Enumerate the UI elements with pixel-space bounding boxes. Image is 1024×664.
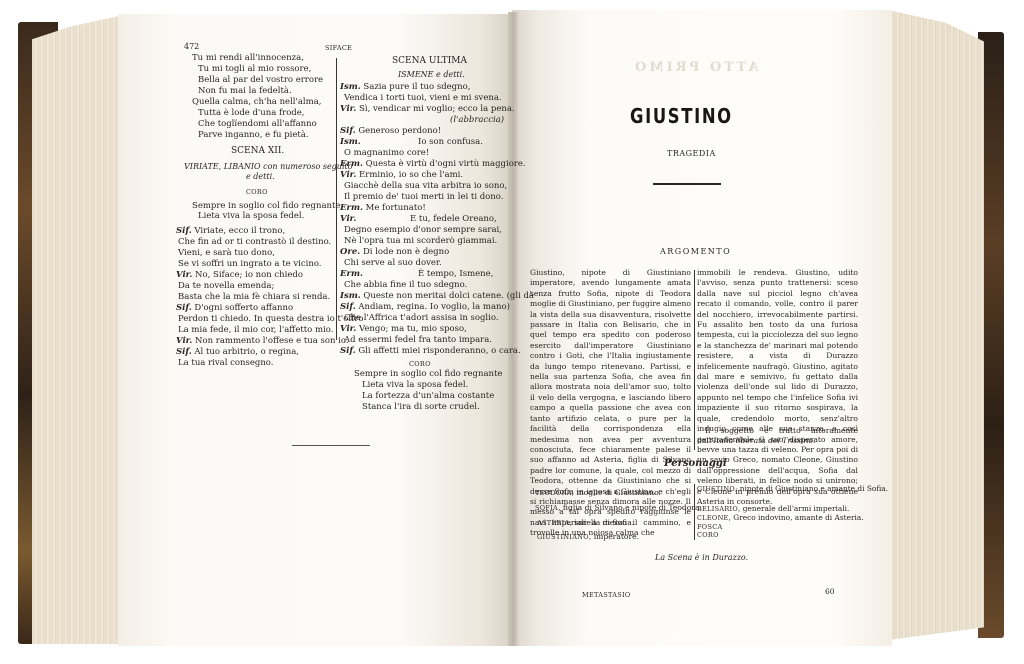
coro-label: CORO bbox=[246, 187, 268, 198]
character-name: BELISARIO bbox=[697, 505, 738, 513]
dialogue-text: Che fin ad or ti contrastò il destino. bbox=[178, 237, 331, 248]
coro-line: Stanca l'ira di sorte crudel. bbox=[362, 402, 480, 413]
speaker: Erm. bbox=[340, 159, 363, 169]
scene-heading: SCENA XII. bbox=[231, 146, 284, 157]
verse-line: Non fu mai la fedeltà. bbox=[198, 86, 292, 97]
speaker: Sif. bbox=[176, 347, 192, 357]
character-desc: , moglie di Giustiniano. bbox=[572, 488, 661, 497]
personaggi-heading: Personaggi bbox=[664, 458, 727, 469]
column-rule bbox=[694, 484, 695, 540]
speaker: Sif. bbox=[176, 226, 192, 236]
dialogue-text: Che abbia fine il tuo sdegno. bbox=[344, 280, 467, 291]
dialogue-text: D'ogni sofferto affanno bbox=[194, 303, 293, 313]
scene-characters: e detti. bbox=[246, 171, 275, 182]
dialogue-text: No, Siface; io non chiedo bbox=[195, 270, 303, 280]
dialogue-text: Da te novella emenda; bbox=[178, 281, 274, 292]
dialogue-text: Sì, vendicar mi voglio; ecco la pena. bbox=[359, 104, 515, 114]
verse-line: Quella calma, ch'ha nell'alma, bbox=[192, 97, 321, 108]
dialogue-text: Me fortunato! bbox=[366, 203, 426, 213]
speaker: Erm. bbox=[340, 269, 363, 280]
argomento-heading: ARGOMENTO bbox=[660, 246, 731, 257]
speaker: Sif. bbox=[340, 346, 356, 356]
coro-line: Sempre in soglio col fido regnante bbox=[354, 369, 502, 380]
dialogue-text: O magnanimo core! bbox=[344, 148, 429, 159]
title-rule bbox=[653, 183, 721, 185]
left-running-head: SIFACE bbox=[325, 43, 352, 54]
speaker: Vir. bbox=[340, 324, 356, 334]
argomento-col2: immobili le rendeva. Giustino, udito l'a… bbox=[697, 268, 858, 507]
character-name: CLEONE bbox=[697, 514, 729, 522]
scene-setting: La Scena è in Durazzo. bbox=[655, 552, 748, 563]
stage-direction: (l'abbraccia) bbox=[450, 115, 504, 126]
character-name: TEODORA bbox=[535, 489, 572, 497]
dialogue-text: Sazia pure il tuo sdegno, bbox=[363, 82, 470, 92]
speaker: Vir. bbox=[176, 336, 192, 346]
dialogue-text: Nè l'opra tua mi scorderò giammai. bbox=[344, 236, 497, 247]
column-rule bbox=[336, 58, 337, 340]
footer-signature: METASTASIO bbox=[582, 590, 631, 601]
dialogue-text: Al tuo arbitrio, o regina, bbox=[194, 347, 299, 357]
character-name: SOFIA bbox=[535, 504, 558, 512]
dialogue-text: Erminio, io so che l'ami. bbox=[359, 170, 463, 180]
column-rule bbox=[694, 270, 695, 450]
left-page-number: 472 bbox=[184, 41, 199, 52]
dialogue-text: Andiam, regina. Io voglio, la mano) bbox=[358, 302, 510, 312]
verse-line: Tu mi rendi all'innocenza, bbox=[192, 53, 304, 64]
verse-line: Parve inganno, e fu pietà. bbox=[198, 130, 309, 141]
speaker: Vir. bbox=[340, 170, 356, 180]
character-desc: , Greco indovino, amante di Asteria. bbox=[729, 513, 864, 522]
coro-line: Lieta viva la sposa fedel. bbox=[198, 211, 304, 222]
verse-line: Bella al par del vostro errore bbox=[198, 75, 323, 86]
character-name: GIUSTINIANO bbox=[537, 533, 589, 541]
speaker: Sif. bbox=[340, 302, 356, 312]
dialogue-text: Non rammento l'offese e tua son io. bbox=[195, 336, 349, 346]
dialogue-text: La tua rival consegno. bbox=[178, 358, 273, 369]
verse-line: Tutta è lode d'una frode, bbox=[198, 108, 304, 119]
play-title: GIUSTINO bbox=[630, 104, 733, 128]
speaker: Ism. bbox=[340, 137, 361, 148]
dialogue-text: Questa è virtù d'ogni virtù maggiore. bbox=[366, 159, 526, 169]
page-edges-right bbox=[888, 10, 984, 640]
verse-line: Che toglïendomi all'affanno bbox=[198, 119, 317, 130]
dialogue-text: Viriate, ecco il trono, bbox=[194, 226, 285, 236]
argomento-col2-note: Il soggetto è tratto interamente dall'It… bbox=[697, 426, 858, 447]
character-name: GIUSTINO bbox=[697, 485, 735, 493]
dialogue-text: Ad essermi fedel fra tanto impara. bbox=[344, 335, 492, 346]
speaker: Erm. bbox=[340, 203, 363, 213]
speaker: Vir. bbox=[176, 270, 192, 280]
speaker: Vir. bbox=[340, 104, 356, 114]
dialogue-text: Basta che la mia fè chiara si renda. bbox=[178, 292, 330, 303]
play-subtitle: TRAGEDIA bbox=[667, 148, 716, 159]
speaker: Sif. bbox=[176, 303, 192, 313]
character-desc: , imperatore. bbox=[589, 532, 639, 541]
character-desc: , nipote di Giustiniano e amante di Sofi… bbox=[735, 484, 888, 493]
dialogue-text: Generoso perdono! bbox=[358, 126, 441, 136]
speaker: Ore. bbox=[340, 247, 360, 257]
coro-line: La fortezza d'un'alma costante bbox=[362, 391, 494, 402]
right-page-number: 60 bbox=[825, 586, 835, 597]
dialogue-text: Chi serve al suo dover. bbox=[344, 258, 442, 269]
dialogue-text: Vendica i torti tuoi, vieni e mi svena. bbox=[344, 93, 502, 104]
character-desc: , generale dell'armi imperiali. bbox=[738, 504, 849, 513]
bleed-through-heading: ATTO PRIMO bbox=[632, 62, 758, 73]
scene-heading: SCENA ULTIMA bbox=[392, 56, 467, 67]
dialogue-text: Di lode non è degno bbox=[363, 247, 449, 257]
dialogue-text: Degno esempio d'onor sempre sarai, bbox=[344, 225, 502, 236]
speaker: Ism. bbox=[340, 291, 361, 301]
speaker: Vir. bbox=[340, 214, 356, 225]
dialogue-text: Vieni, e sarà tuo dono, bbox=[178, 248, 275, 259]
character-desc: , sorella di Sofia. bbox=[569, 518, 634, 527]
character-desc: , figlia di Silvano e nipote di Teodora. bbox=[558, 503, 702, 512]
scene-characters: ISMENE e detti. bbox=[398, 69, 465, 80]
dialogue-text: Che l'Affrica t'adori assisa in soglio. bbox=[344, 313, 499, 324]
coro-line: Lieta viva la sposa fedel. bbox=[362, 380, 468, 391]
dialogue-text: E tu, fedele Oreano, bbox=[410, 214, 497, 225]
dialogue-text: Il premio de' tuoi merti in lei ti dono. bbox=[344, 192, 503, 203]
dialogue-text: Io son confusa. bbox=[418, 137, 483, 148]
dialogue-text: Vengo; ma tu, mio sposo, bbox=[359, 324, 467, 334]
character-name: CORO bbox=[697, 531, 719, 540]
speaker: Ism. bbox=[340, 82, 361, 92]
dialogue-text: È tempo, Ismene, bbox=[418, 269, 493, 280]
dialogue-text: Se vi soffri un ingrato a te vicino. bbox=[178, 259, 322, 270]
page-edges-left bbox=[32, 14, 128, 644]
dialogue-text: Queste non meritai dolci catene. (gli dà bbox=[363, 291, 534, 301]
dialogue-text: La mia fede, il mio cor, l'affetto mio. bbox=[178, 325, 333, 336]
dialogue-text: Giacchè della sua vita arbitra io sono, bbox=[344, 181, 507, 192]
speaker: Sif. bbox=[340, 126, 356, 136]
verse-line: Tu mi togli al mio rossore, bbox=[198, 64, 311, 75]
character-name: ASTERIA bbox=[537, 519, 569, 527]
dialogue-text: Gli affetti miei risponderanno, o cara. bbox=[358, 346, 520, 356]
end-rule bbox=[292, 445, 370, 446]
note-source: Italia liberata del Trissino. bbox=[713, 436, 815, 445]
